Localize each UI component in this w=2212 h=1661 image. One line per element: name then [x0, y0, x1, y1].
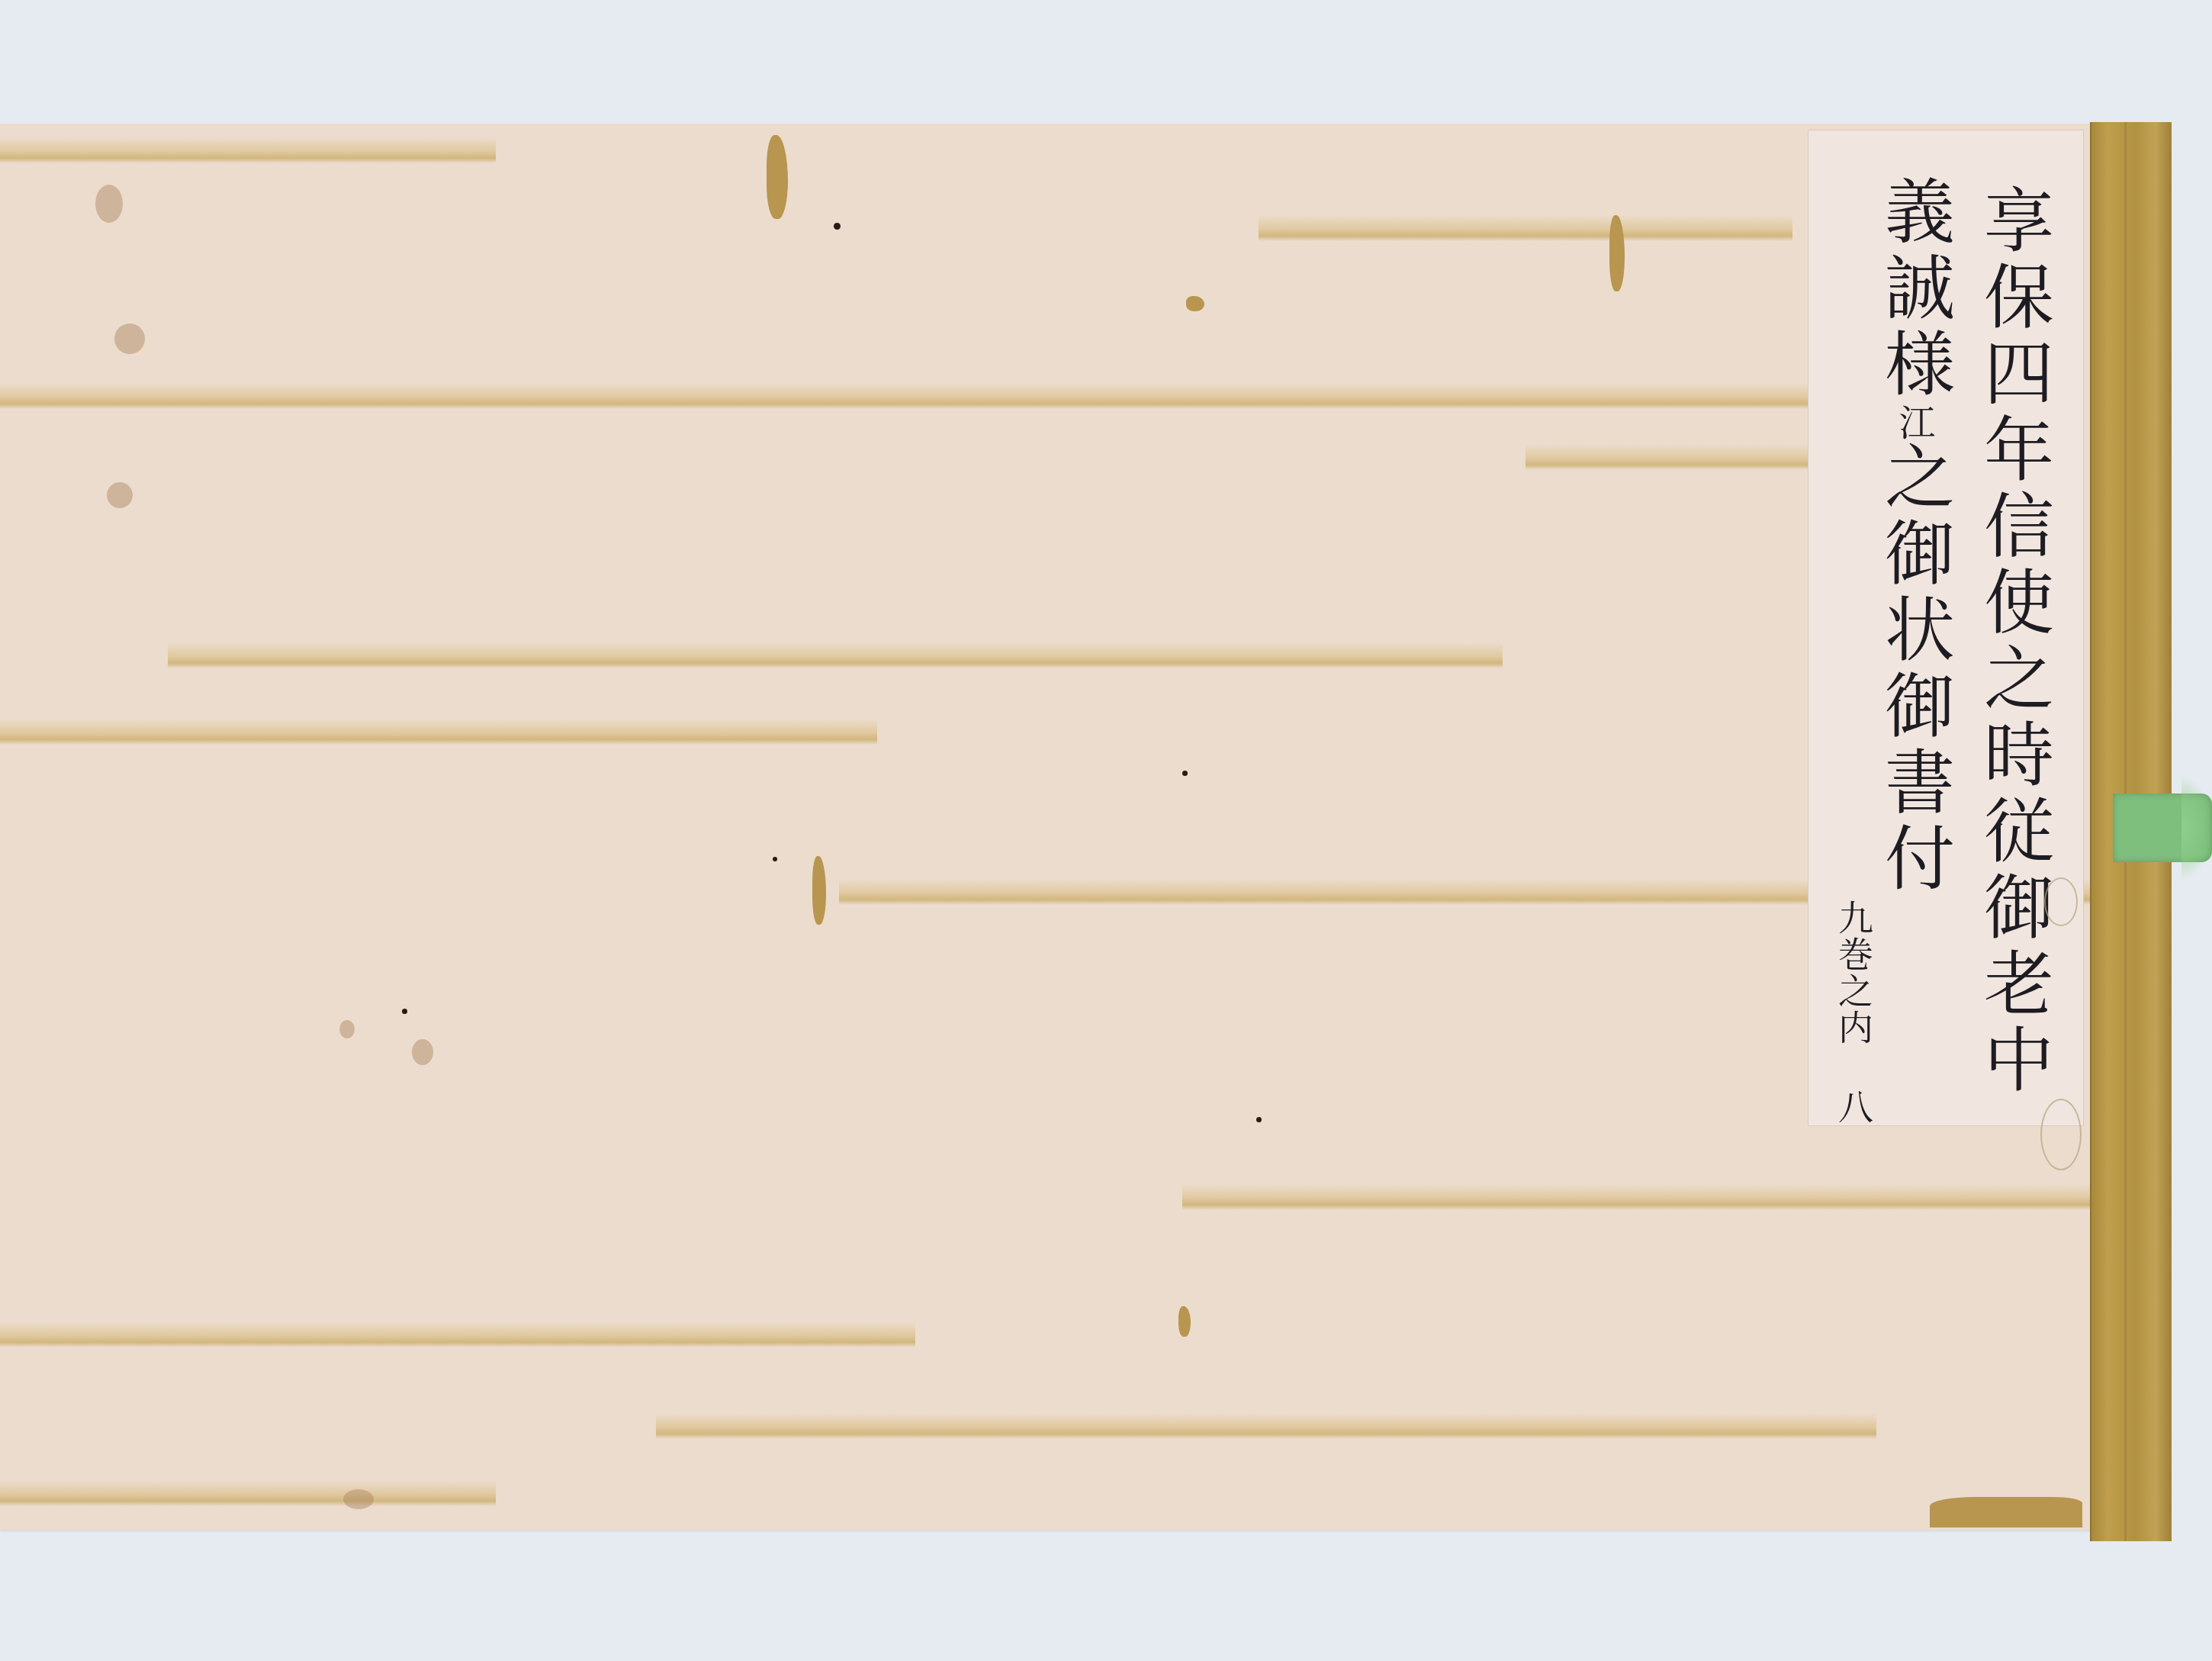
- title-particle: 江: [1892, 404, 1935, 440]
- worm-hole: [773, 857, 777, 861]
- title-column-1: 享保四年信使之時従御老中: [1975, 184, 2051, 1099]
- repair-patch: [812, 856, 826, 925]
- repair-patch: [1178, 1306, 1191, 1337]
- worm-hole: [402, 1009, 407, 1014]
- fold-stain: [168, 642, 1503, 668]
- repair-patch: [1930, 1497, 2082, 1527]
- worm-hole: [1182, 771, 1188, 776]
- worm-hole: [834, 223, 841, 230]
- title-addressee: 義誠様: [1873, 175, 1955, 404]
- fold-stain: [0, 1321, 915, 1347]
- fold-stain: [1259, 215, 1792, 241]
- foxing-stain: [412, 1039, 433, 1065]
- fold-stain: [656, 1413, 1876, 1439]
- fold-stain: [1526, 444, 1808, 470]
- foxing-stain: [114, 324, 145, 354]
- fold-stain: [0, 1480, 496, 1506]
- fold-stain: [0, 137, 496, 163]
- foxing-stain: [339, 1020, 355, 1038]
- fold-stain: [0, 383, 1808, 409]
- repair-patch: [1186, 296, 1204, 311]
- fold-stain: [0, 719, 877, 745]
- title-subject: 之御状御書付: [1873, 440, 1955, 898]
- repair-patch: [767, 135, 788, 219]
- tie-cord-fray: [2181, 774, 2212, 881]
- worm-hole: [1256, 1117, 1262, 1122]
- loose-thread: [2040, 1099, 2082, 1170]
- foxing-stain: [95, 185, 123, 223]
- fold-stain: [1182, 1184, 2090, 1210]
- volume-number: 九巻之内 八: [1834, 900, 1873, 1125]
- foxing-stain: [343, 1489, 374, 1509]
- title-column-2: 義誠様江之御状御書付: [1876, 175, 1952, 898]
- scroll-paper: [0, 124, 2094, 1530]
- foxing-stain: [107, 482, 133, 508]
- loose-thread: [2044, 877, 2078, 926]
- title-slip: 享保四年信使之時従御老中 義誠様江之御状御書付 九巻之内 八: [1808, 130, 2084, 1126]
